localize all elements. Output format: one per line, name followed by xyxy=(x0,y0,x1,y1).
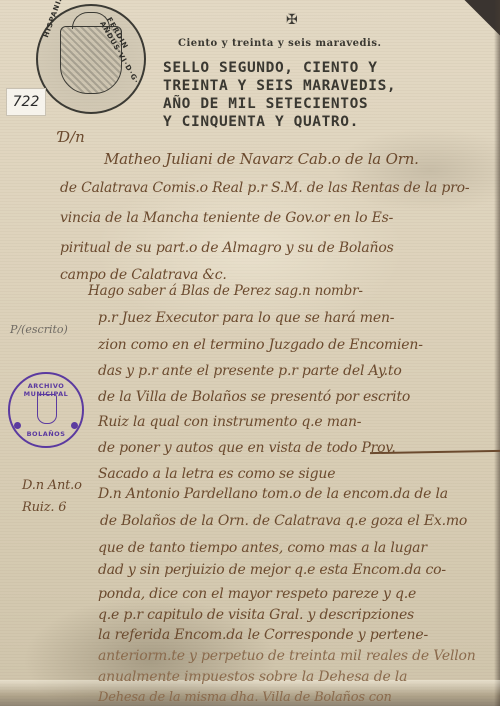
stamp-price-line: Ciento y treinta y seis maravedis. xyxy=(178,38,381,49)
stamp-bottom-text: BOLAÑOS xyxy=(14,430,78,438)
handwritten-line: Hago saber á Blas de Perez sag.n nombr- xyxy=(88,283,363,299)
handwritten-line: dad y sin perjuizio de mejor q.e esta En… xyxy=(98,562,446,578)
handwritten-line: campo de Calatrava &c. xyxy=(60,267,227,283)
handwritten-line: anteriorm.te y perpetuo de treinta mil r… xyxy=(98,648,476,664)
handwritten-line: D.n Antonio Pardellano tom.o de la encom… xyxy=(98,486,448,502)
handwritten-line: Sacado a la letra es como se sigue xyxy=(98,466,335,482)
handwritten-line: de la Villa de Bolaños se presentó por e… xyxy=(98,389,410,405)
handwritten-line: piritual de su part.o de Almagro y su de… xyxy=(60,240,394,256)
stamp-header-line-3: AÑO DE MIL SETECIENTOS xyxy=(163,96,368,112)
document-page: HISPANIAR·REX· FERDIN ANDUS·VI·D·G· 722 … xyxy=(0,0,500,706)
handwritten-line: das y p.r ante el presente p.r parte del… xyxy=(98,363,402,379)
handwritten-line: Ruiz la qual con instrumento q.e man- xyxy=(98,414,361,430)
municipal-shield-icon xyxy=(37,394,57,424)
handwritten-line: Dehesa de la misma dha. Villa de Bolaños… xyxy=(98,690,392,705)
cross-icon: ✠ xyxy=(286,12,298,28)
stamp-dot-icon xyxy=(14,422,21,429)
royal-seal-icon: HISPANIAR·REX· FERDIN ANDUS·VI·D·G· xyxy=(36,4,146,114)
margin-note-line-1: D.n Ant.o xyxy=(22,478,82,493)
margin-note-line-2: Ruiz. 6 xyxy=(22,500,66,515)
handwritten-line: ponda, dice con el mayor respeto pareze … xyxy=(98,586,416,602)
handwritten-line: zion como en el termino Juzgado de Encom… xyxy=(98,337,423,353)
handwritten-line: p.r Juez Executor para lo que se hará me… xyxy=(98,310,394,326)
archive-municipal-stamp: ARCHIVO MUNICIPAL BOLAÑOS xyxy=(8,372,84,448)
handwritten-line: de poner y autos que en vista de todo Pr… xyxy=(98,440,396,456)
stamp-dot-icon xyxy=(71,422,78,429)
stamp-header-line-1: SELLO SEGUNDO, CIENTO Y xyxy=(163,60,378,76)
handwritten-line: de Calatrava Comis.o Real p.r S.M. de la… xyxy=(60,180,469,196)
rubric-mark: Ɗ/n xyxy=(58,128,85,146)
handwritten-line: Matheo Juliani de Navarz Cab.o de la Orn… xyxy=(104,150,419,168)
page-edge-shadow xyxy=(494,0,500,706)
handwritten-line: la referida Encom.da le Corresponde y pe… xyxy=(98,627,428,643)
handwritten-line: vincia de la Mancha teniente de Gov.or e… xyxy=(60,210,393,226)
catalog-number-tag: 722 xyxy=(6,88,46,116)
handwritten-line: q.e p.r capitulo de visita Gral. y descr… xyxy=(98,607,414,623)
pencil-margin-note: P/(escrito) xyxy=(10,323,68,336)
stamp-header-line-2: TREINTA Y SEIS MARAVEDIS, xyxy=(163,78,396,94)
handwritten-line: de Bolaños de la Orn. de Calatrava q.e g… xyxy=(100,513,467,529)
stamp-header-line-4: Y CINQUENTA Y QUATRO. xyxy=(163,114,359,130)
handwritten-line: anualmente impuestos sobre la Dehesa de … xyxy=(98,669,407,685)
handwritten-line: que de tanto tiempo antes, como mas a la… xyxy=(98,540,427,556)
